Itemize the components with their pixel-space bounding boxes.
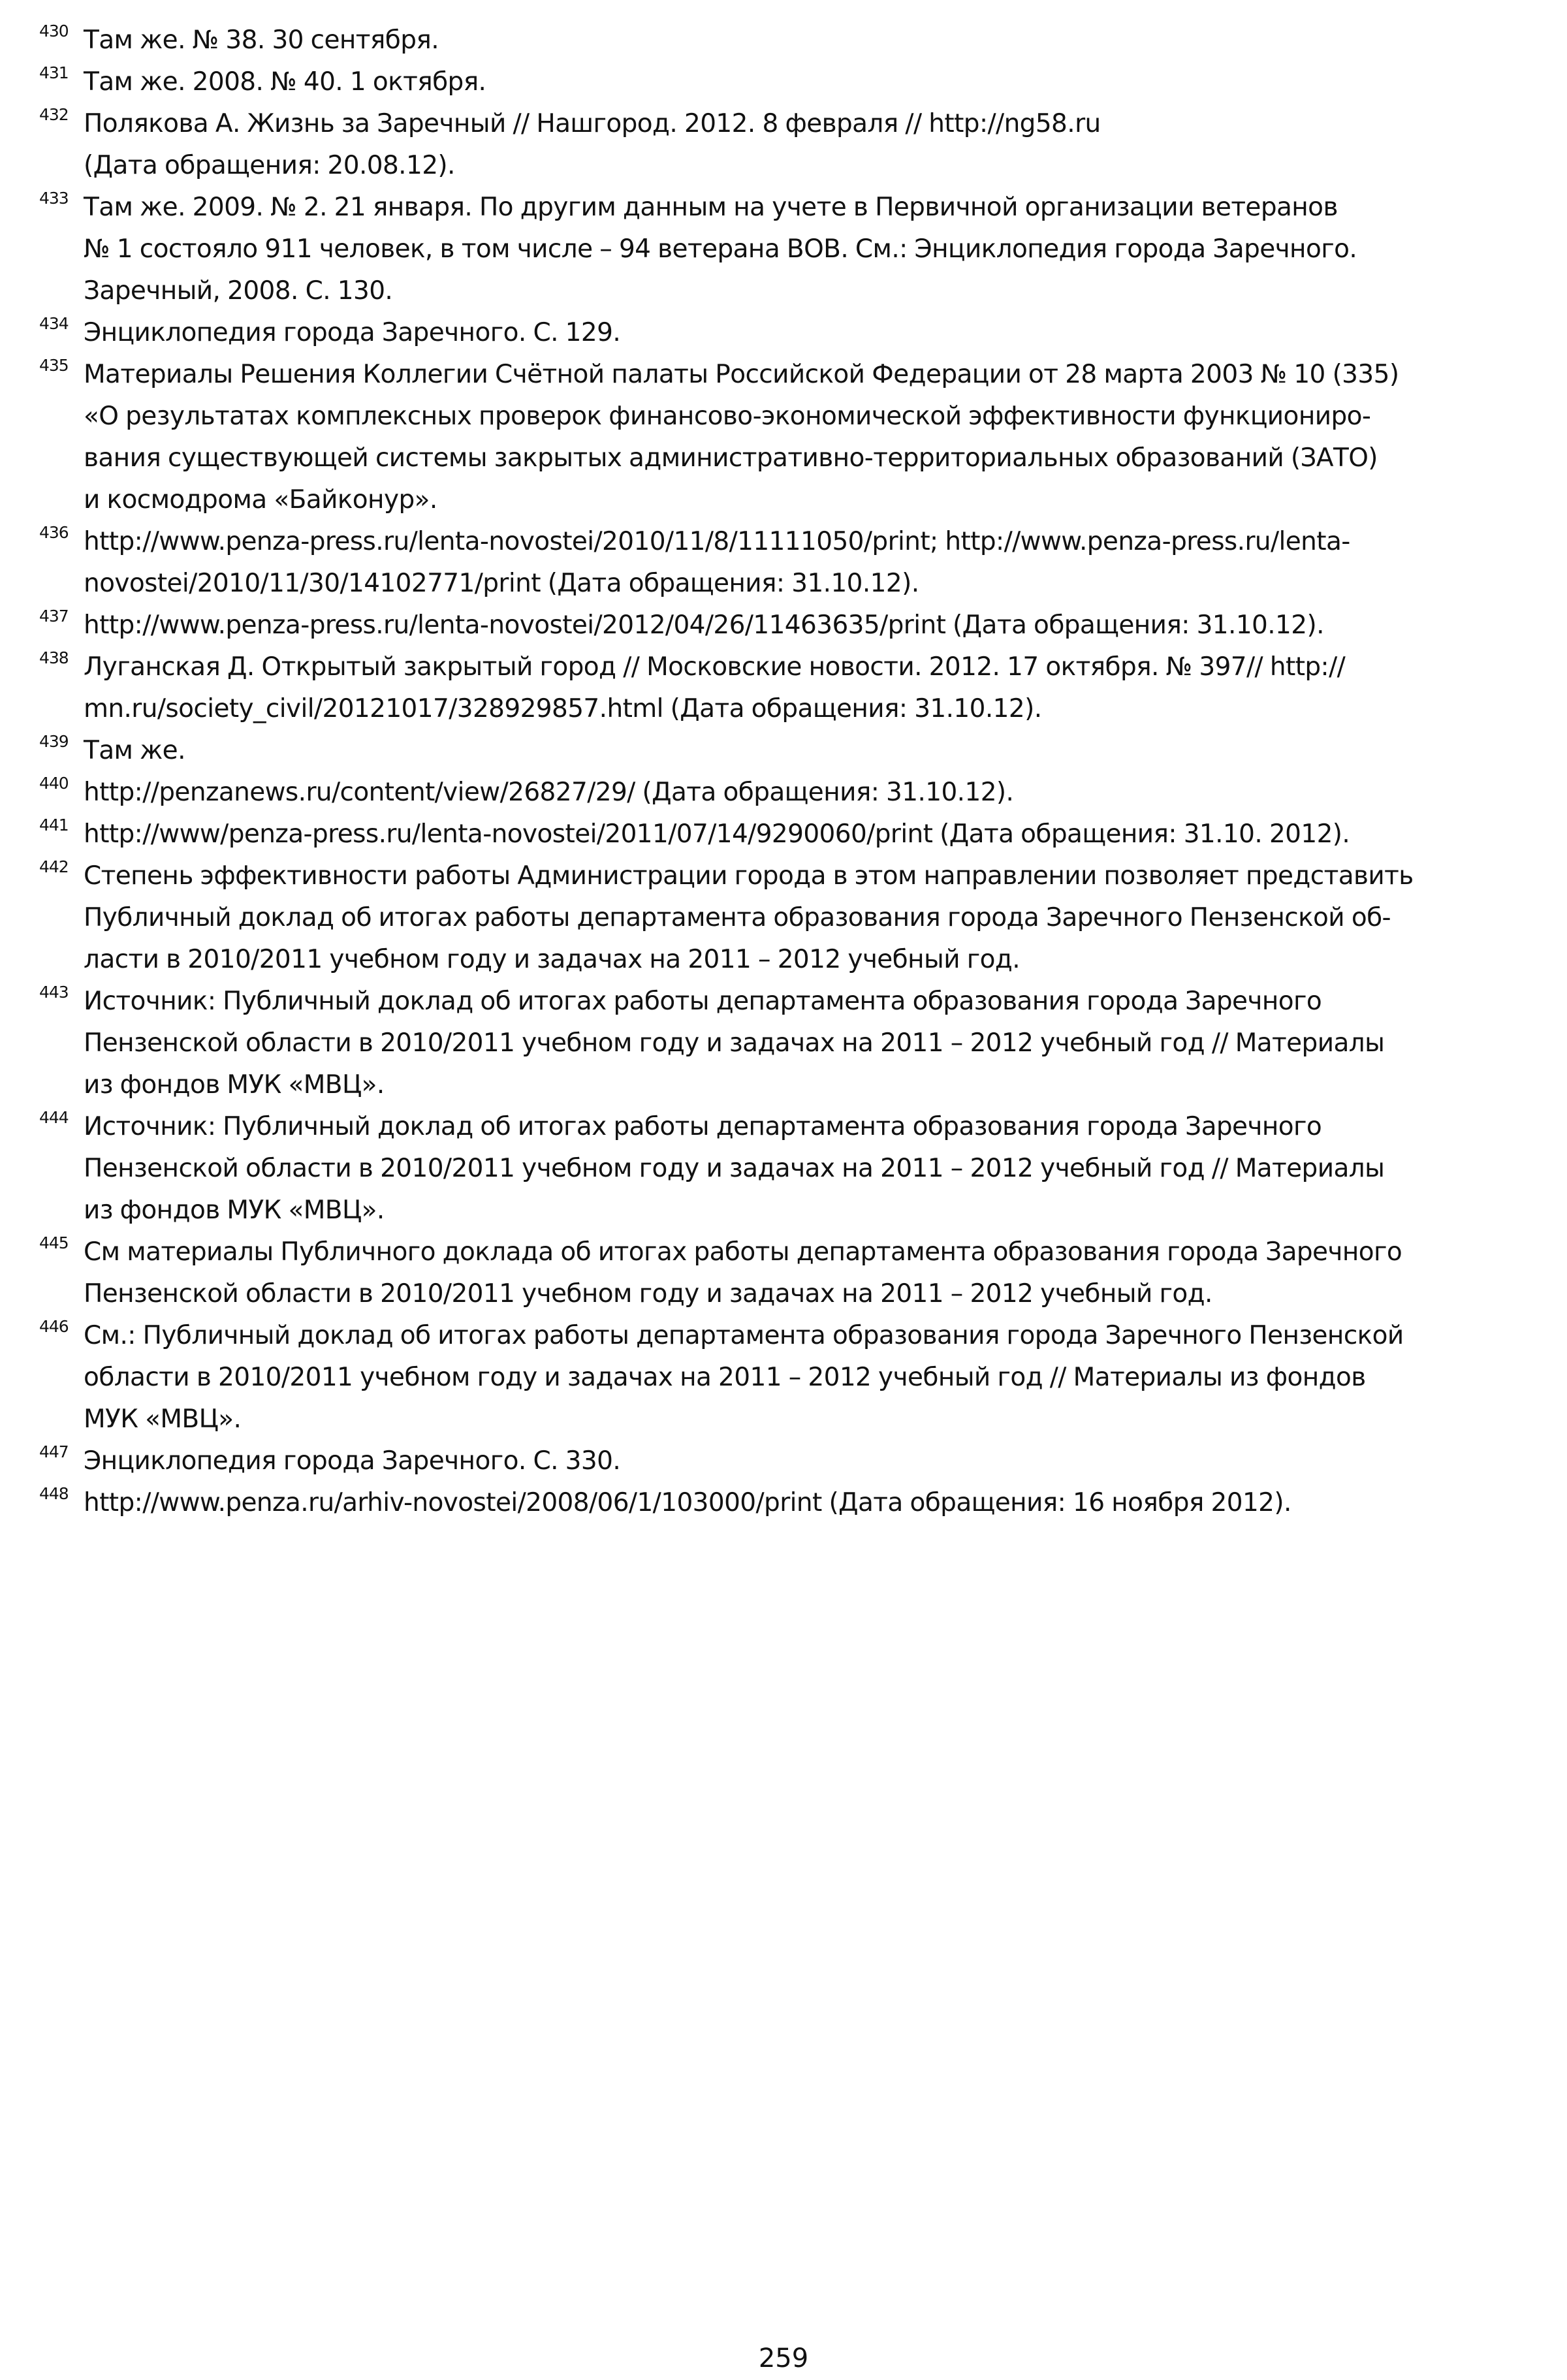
footnote-line: Пензенской области в 2010/2011 учебном г… <box>84 1148 1541 1190</box>
footnote-line: Энциклопедия города Заречного. С. 330. <box>84 1440 1541 1482</box>
footnote: 441http://www/penza-press.ru/lenta-novos… <box>39 814 1541 855</box>
footnote-line: Полякова А. Жизнь за Заречный // Нашгоро… <box>84 103 1541 145</box>
footnote-number: 445 <box>39 1222 69 1264</box>
footnote-number: 433 <box>39 178 69 219</box>
footnote-line: Там же. <box>84 730 1541 772</box>
footnote-line: http://www.penza-press.ru/lenta-novostei… <box>84 521 1541 563</box>
footnote: 435Материалы Решения Коллегии Счётной па… <box>39 354 1541 521</box>
footnote-line: Степень эффективности работы Администрац… <box>84 855 1541 897</box>
footnote-line: novostei/2010/11/30/14102771/print (Дата… <box>84 563 1541 605</box>
footnote: 434Энциклопедия города Заречного. С. 129… <box>39 312 1541 354</box>
footnote-number: 443 <box>39 972 69 1013</box>
footnote-line: (Дата обращения: 20.08.12). <box>84 145 1541 187</box>
footnote: 443Источник: Публичный доклад об итогах … <box>39 981 1541 1106</box>
footnote-line: Источник: Публичный доклад об итогах раб… <box>84 981 1541 1023</box>
footnote: 440http://penzanews.ru/content/view/2682… <box>39 772 1541 814</box>
footnote: 436http://www.penza-press.ru/lenta-novos… <box>39 521 1541 605</box>
footnote-number: 436 <box>39 512 69 554</box>
footnote-line: Там же. № 38. 30 сентября. <box>84 20 1541 61</box>
footnote-line: Там же. 2009. № 2. 21 января. По другим … <box>84 187 1541 229</box>
footnote-line: Заречный, 2008. С. 130. <box>84 270 1541 312</box>
footnote-number: 448 <box>39 1473 69 1515</box>
footnote-number: 446 <box>39 1306 69 1348</box>
footnote-line: http://www.penza.ru/arhiv-novostei/2008/… <box>84 1482 1541 1524</box>
footnote: 433Там же. 2009. № 2. 21 января. По друг… <box>39 187 1541 312</box>
footnote-line: http://penzanews.ru/content/view/26827/2… <box>84 772 1541 814</box>
footnote-number: 431 <box>39 52 69 94</box>
footnote-line: Там же. 2008. № 40. 1 октября. <box>84 61 1541 103</box>
footnote-number: 440 <box>39 763 69 804</box>
footnote-line: из фондов МУК «МВЦ». <box>84 1190 1541 1231</box>
footnote-line: http://www/penza-press.ru/lenta-novostei… <box>84 814 1541 855</box>
footnote: 437http://www.penza-press.ru/lenta-novos… <box>39 605 1541 646</box>
footnote: 445См материалы Публичного доклада об ит… <box>39 1231 1541 1315</box>
footnote-line: из фондов МУК «МВЦ». <box>84 1064 1541 1106</box>
footnote-line: и космодрома «Байконур». <box>84 479 1541 521</box>
footnote-number: 442 <box>39 846 69 888</box>
footnote: 430Там же. № 38. 30 сентября. <box>39 20 1541 61</box>
footnote-number: 441 <box>39 804 69 846</box>
footnote-number: 437 <box>39 595 69 637</box>
footnote-line: См материалы Публичного доклада об итога… <box>84 1231 1541 1273</box>
footnote-number: 447 <box>39 1431 69 1473</box>
footnote-number: 444 <box>39 1097 69 1139</box>
footnote-line: Пензенской области в 2010/2011 учебном г… <box>84 1273 1541 1315</box>
footnote-line: Энциклопедия города Заречного. С. 129. <box>84 312 1541 354</box>
footnote-number: 430 <box>39 10 69 52</box>
footnote-line: Луганская Д. Открытый закрытый город // … <box>84 646 1541 688</box>
footnote-line: Пензенской области в 2010/2011 учебном г… <box>84 1023 1541 1064</box>
footnote: 431Там же. 2008. № 40. 1 октября. <box>39 61 1541 103</box>
footnote: 438Луганская Д. Открытый закрытый город … <box>39 646 1541 730</box>
footnote-line: Источник: Публичный доклад об итогах раб… <box>84 1106 1541 1148</box>
footnote: 432Полякова А. Жизнь за Заречный // Нашг… <box>39 103 1541 187</box>
footnote-line: mn.ru/society_civil/20121017/328929857.h… <box>84 688 1541 730</box>
footnote: 439Там же. <box>39 730 1541 772</box>
footnote-line: области в 2010/2011 учебном году и задач… <box>84 1357 1541 1399</box>
page-number: 259 <box>0 2343 1567 2374</box>
footnote-line: ласти в 2010/2011 учебном году и задачах… <box>84 939 1541 981</box>
footnote-line: вания существующей системы закрытых адми… <box>84 437 1541 479</box>
footnote-number: 438 <box>39 637 69 679</box>
footnote-line: МУК «МВЦ». <box>84 1399 1541 1440</box>
footnote: 442Степень эффективности работы Админист… <box>39 855 1541 981</box>
footnote-line: См.: Публичный доклад об итогах работы д… <box>84 1315 1541 1357</box>
footnote-number: 432 <box>39 94 69 136</box>
footnotes-list: 430Там же. № 38. 30 сентября.431Там же. … <box>39 20 1541 1524</box>
footnote-line: Публичный доклад об итогах работы департ… <box>84 897 1541 939</box>
footnote-line: № 1 состояло 911 человек, в том числе – … <box>84 229 1541 270</box>
footnote: 446См.: Публичный доклад об итогах работ… <box>39 1315 1541 1440</box>
footnote-number: 435 <box>39 345 69 387</box>
footnote-line: http://www.penza-press.ru/lenta-novostei… <box>84 605 1541 646</box>
footnote: 448http://www.penza.ru/arhiv-novostei/20… <box>39 1482 1541 1524</box>
footnote: 447Энциклопедия города Заречного. С. 330… <box>39 1440 1541 1482</box>
footnote-number: 439 <box>39 721 69 763</box>
footnote-line: «О результатах комплексных проверок фина… <box>84 396 1541 437</box>
footnote: 444Источник: Публичный доклад об итогах … <box>39 1106 1541 1231</box>
footnote-line: Материалы Решения Коллегии Счётной палат… <box>84 354 1541 396</box>
footnote-number: 434 <box>39 303 69 345</box>
